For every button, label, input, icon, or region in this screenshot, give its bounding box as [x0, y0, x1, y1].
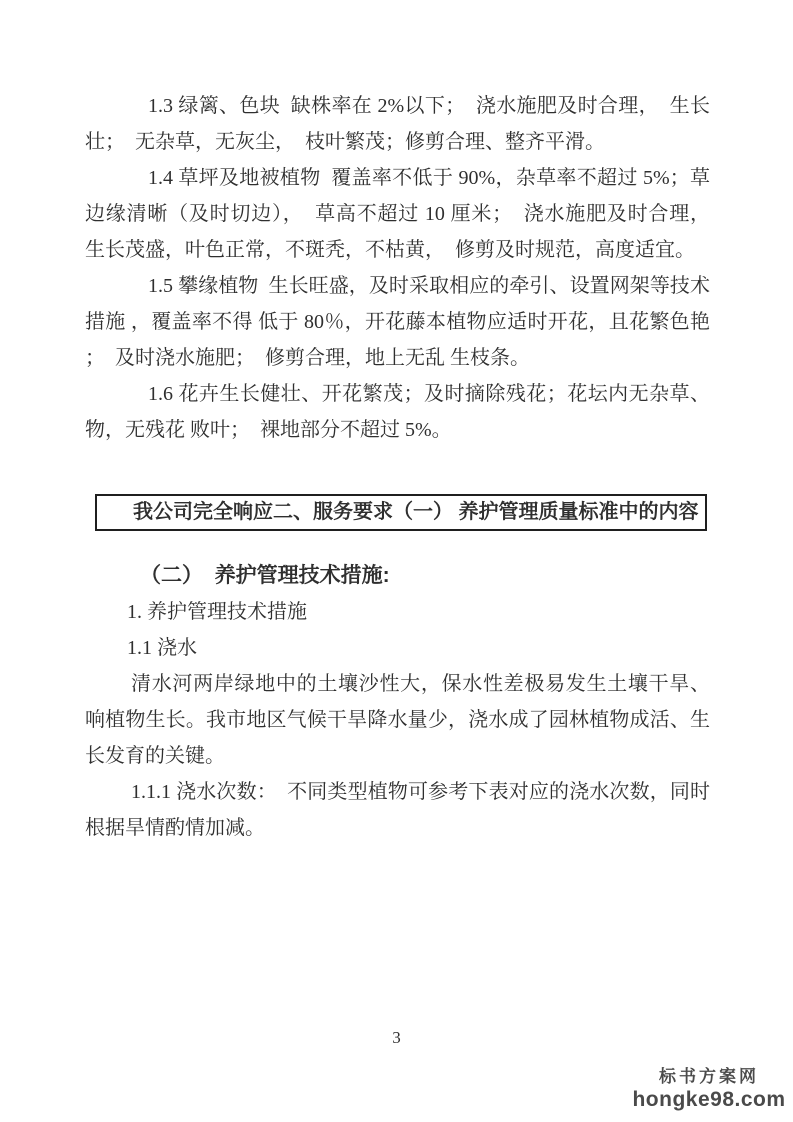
para-1-6-line: 1.6 花卉生长健壮、开花繁茂；及时摘除残花；花坛内无杂草、杂	[85, 376, 710, 412]
page-number: 3	[0, 1028, 793, 1048]
quality-standards-section: 1.3 绿篱、色块 缺株率在 2%以下； 浇水施肥及时合理， 生长健 壮； 无杂…	[85, 88, 710, 448]
list-item-1-1: 1.1 浇水	[85, 630, 710, 666]
para-1-4-line: 1.4 草坪及地被植物 覆盖率不低于 90%，杂草率不超过 5%；草坪	[85, 160, 710, 196]
para-1-5-line: 1.5 攀缘植物 生长旺盛，及时采取相应的牵引、设置网架等技术	[85, 268, 710, 304]
para-frequency-line: 1.1.1 浇水次数： 不同类型植物可参考下表对应的浇水次数，同时	[85, 774, 710, 810]
watermark-site-name: 标书方案网	[629, 1066, 789, 1088]
technical-measures-section: （二） 养护管理技术措施: 1. 养护管理技术措施 1.1 浇水 清水河两岸绿地…	[85, 558, 710, 846]
para-1-5-line: 措施 ，覆盖率不得 低于 80％，开花藤本植物应适时开花，且花繁色艳	[85, 304, 710, 340]
para-watering-line: 清水河两岸绿地中的土壤沙性大，保水性差极易发生土壤干旱、影	[85, 666, 710, 702]
para-1-4-line: 边缘清晰（及时切边）， 草高不超过 10 厘米； 浇水施肥及时合理，	[85, 196, 710, 232]
para-watering-line: 长发育的关键。	[85, 738, 710, 774]
section-heading: （二） 养护管理技术措施:	[85, 558, 710, 594]
response-statement-text: 我公司完全响应二、服务要求（一） 养护管理质量标准中的内容	[97, 496, 705, 529]
para-1-5-line: ； 及时浇水施肥； 修剪合理，地上无乱 生枝条。	[85, 340, 710, 376]
para-1-3-line: 壮； 无杂草，无灰尘， 枝叶繁茂；修剪合理、整齐平滑。	[85, 124, 710, 160]
watermark-site-url: hongke98.com	[629, 1088, 789, 1112]
para-watering-line: 响植物生长。我市地区气候干旱降水量少，浇水成了园林植物成活、生	[85, 702, 710, 738]
para-1-3-line: 1.3 绿篱、色块 缺株率在 2%以下； 浇水施肥及时合理， 生长健	[85, 88, 710, 124]
list-item-1: 1. 养护管理技术措施	[85, 594, 710, 630]
watermark: 标书方案网 hongke98.com	[629, 1066, 789, 1112]
para-frequency-line: 根据旱情酌情加减。	[85, 810, 710, 846]
response-statement-box: 我公司完全响应二、服务要求（一） 养护管理质量标准中的内容	[95, 494, 707, 531]
para-1-6-line: 物，无残花 败叶； 裸地部分不超过 5%。	[85, 412, 710, 448]
document-page: 1.3 绿篱、色块 缺株率在 2%以下； 浇水施肥及时合理， 生长健 壮； 无杂…	[0, 0, 793, 1122]
para-1-4-line: 生长茂盛，叶色正常，不斑秃，不枯黄， 修剪及时规范，高度适宜。	[85, 232, 710, 268]
